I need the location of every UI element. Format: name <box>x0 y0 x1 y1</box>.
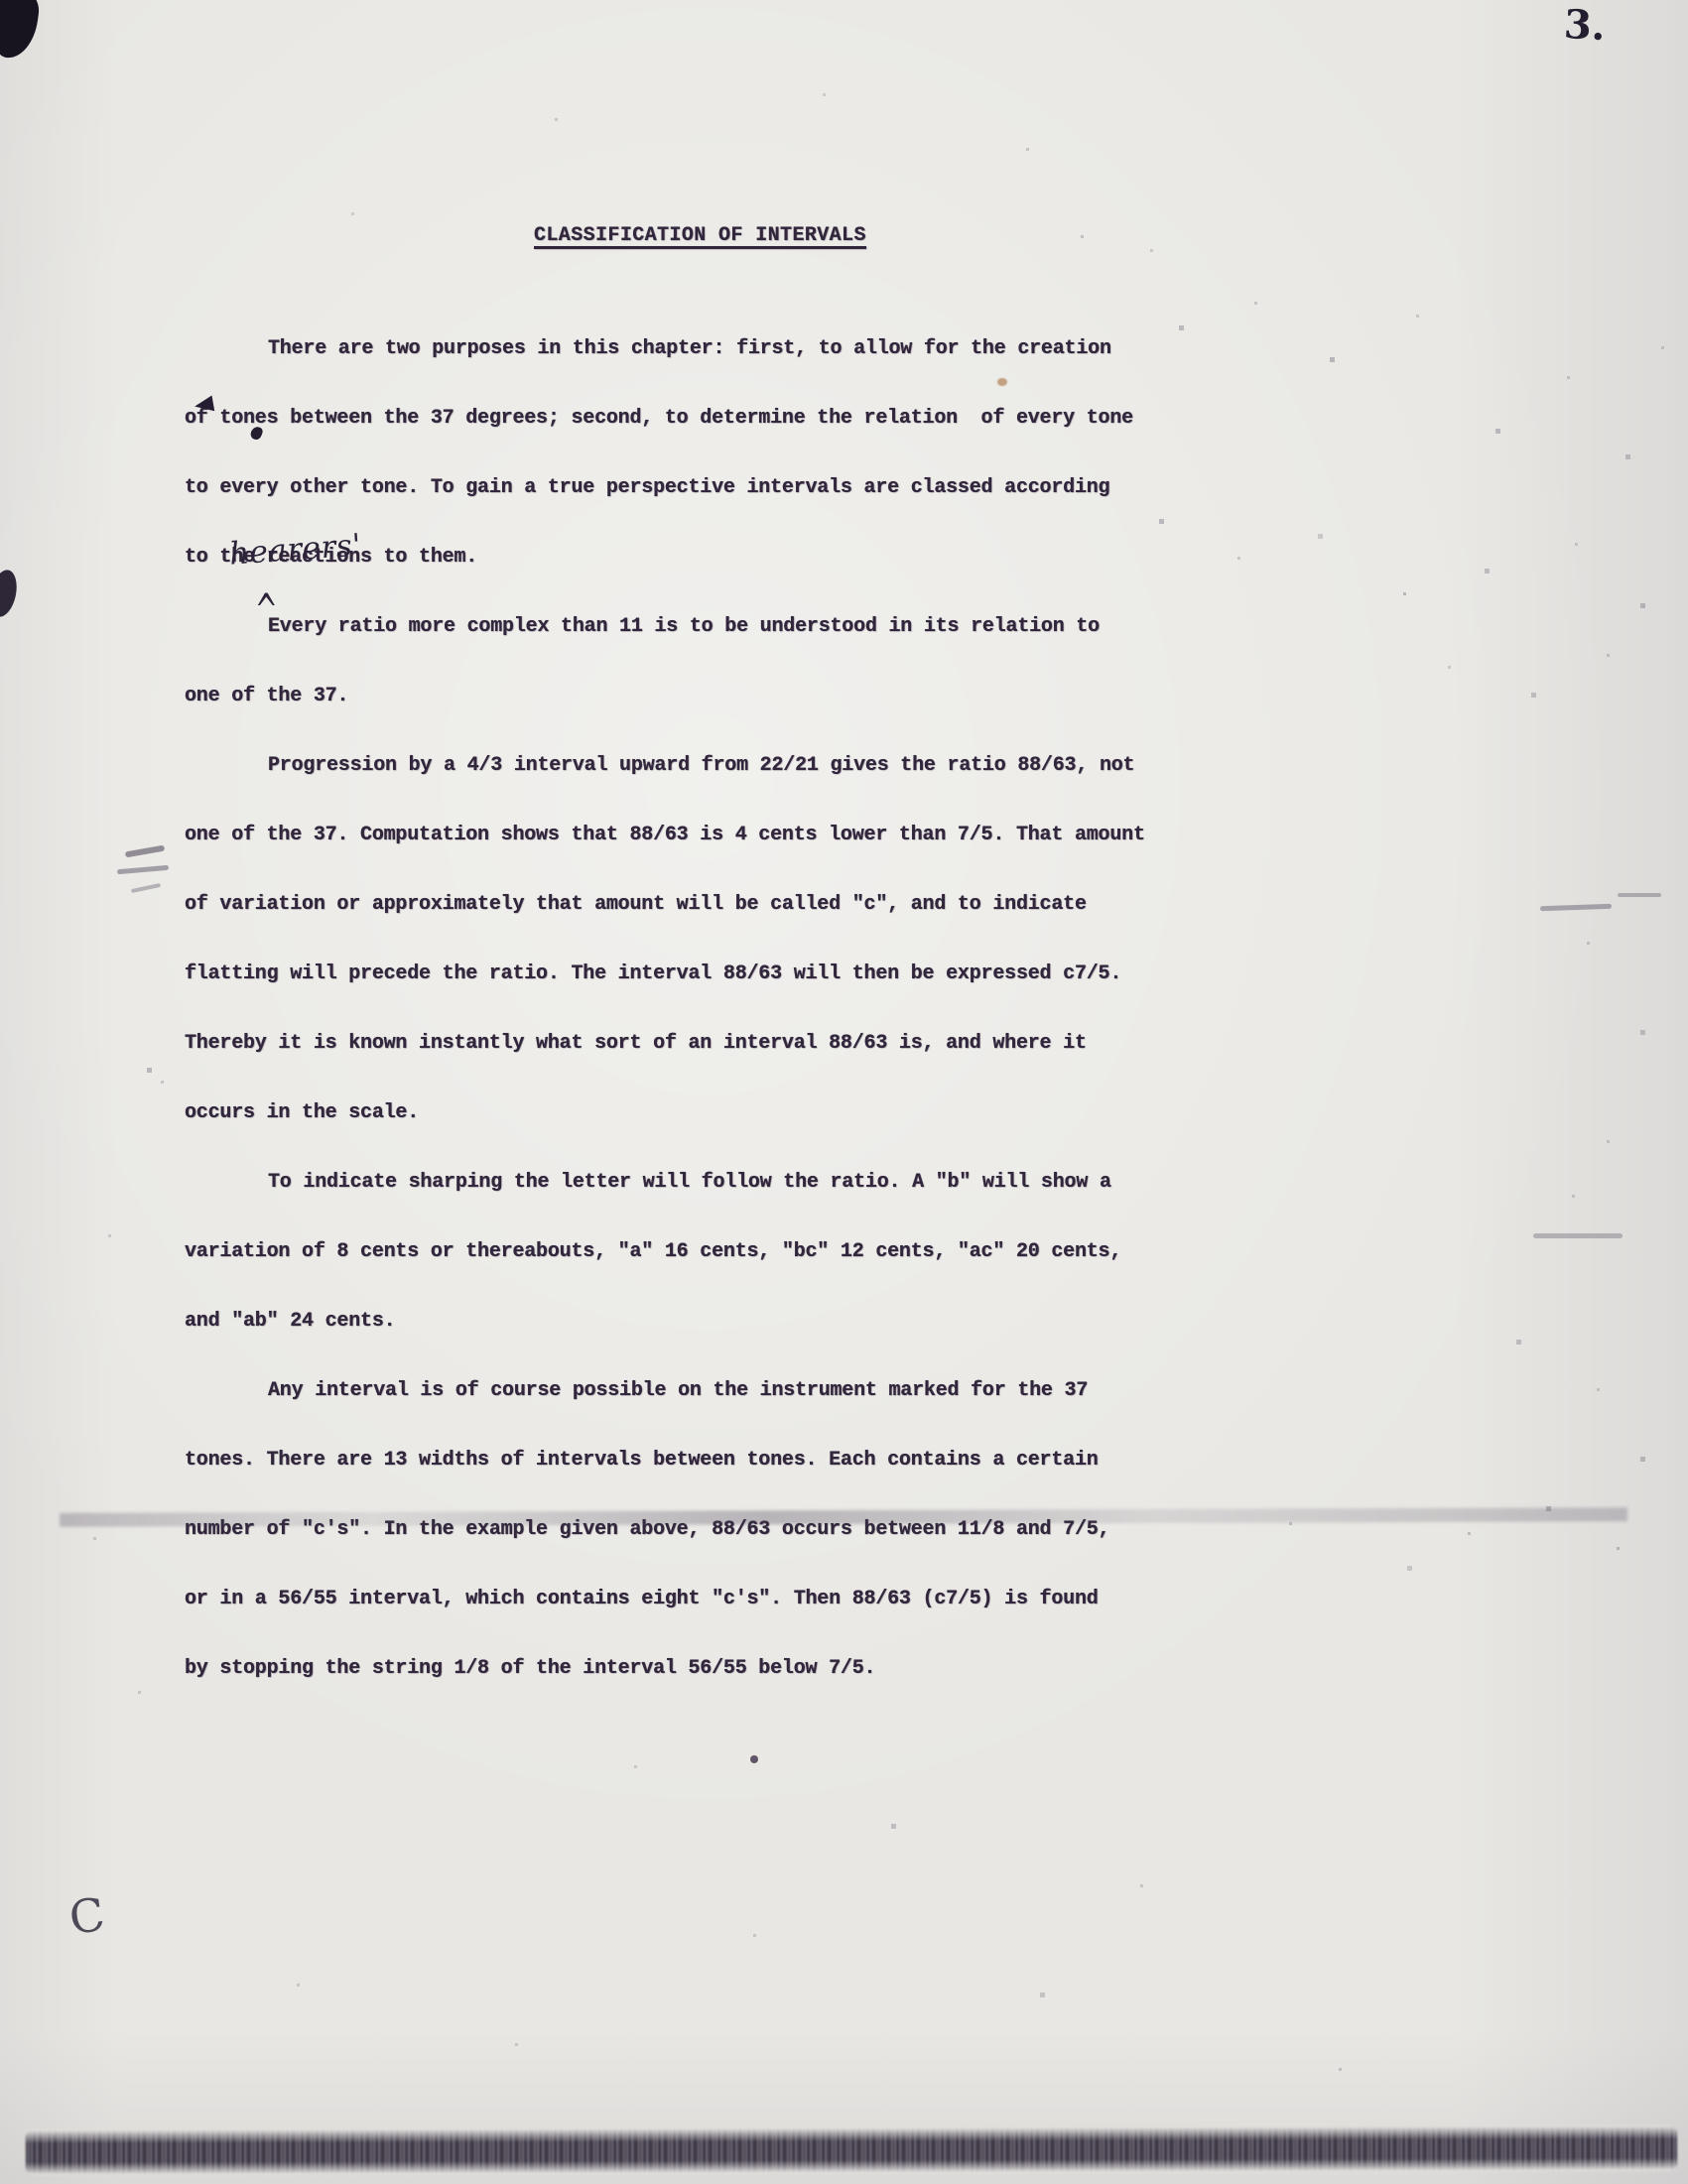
text-line: occurs in the scale. <box>185 1101 1236 1171</box>
handwritten-page-number: 3. <box>1563 1 1607 50</box>
text-line: number of "c's". In the example given ab… <box>185 1518 1236 1588</box>
margin-smudge <box>117 865 169 875</box>
text-line: or in a 56/55 interval, which contains e… <box>185 1588 1236 1657</box>
margin-smudge <box>125 845 165 858</box>
text-line: To indicate sharping the letter will fol… <box>185 1171 1236 1240</box>
text-line: by stopping the string 1/8 of the interv… <box>185 1657 1236 1727</box>
paper-speckles <box>0 0 1 1</box>
text-line: one of the 37. <box>185 685 1236 754</box>
scan-corner-artifact <box>0 0 41 62</box>
page-title: CLASSIFICATION OF INTERVALS <box>534 224 866 247</box>
text-line: flatting will precede the ratio. The int… <box>185 963 1236 1032</box>
text-line: Thereby it is known instantly what sort … <box>185 1032 1236 1101</box>
text-line: and "ab" 24 cents. <box>185 1310 1236 1379</box>
text-line: Every ratio more complex than 11 is to b… <box>185 615 1236 685</box>
text-line: variation of 8 cents or thereabouts, "a"… <box>185 1240 1236 1310</box>
text-line: Progression by a 4/3 interval upward fro… <box>185 754 1236 824</box>
scan-edge-mark <box>0 568 21 619</box>
text-line: one of the 37. Computation shows that 88… <box>185 824 1236 893</box>
margin-smudge <box>1533 1233 1623 1238</box>
margin-smudge <box>1618 893 1661 897</box>
ink-dot-artifact <box>750 1755 758 1763</box>
text-line: of variation or approximately that amoun… <box>185 893 1236 963</box>
text-line: of tones between the 37 degrees; second,… <box>185 407 1236 476</box>
scan-bottom-edge-artifact <box>26 2125 1677 2175</box>
insertion-caret-mark: ^ <box>255 585 278 638</box>
margin-smudge <box>1540 904 1612 912</box>
arrow-artifact <box>194 395 214 414</box>
stain-spot-artifact <box>997 378 1007 386</box>
text-line: There are two purposes in this chapter: … <box>185 337 1236 407</box>
margin-smudge <box>131 883 161 893</box>
text-line: Any interval is of course possible on th… <box>185 1379 1236 1449</box>
document-page: 3. CLASSIFICATION OF INTERVALS There are… <box>0 0 1688 2184</box>
handwritten-margin-mark: C <box>65 1887 107 1945</box>
text-line: tones. There are 13 widths of intervals … <box>185 1449 1236 1518</box>
